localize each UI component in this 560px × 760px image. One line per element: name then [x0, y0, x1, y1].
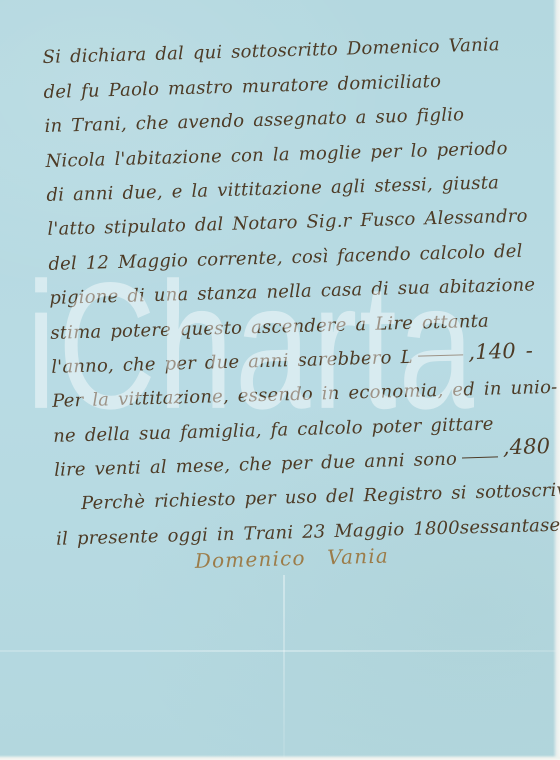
amount-value-rent: ,140 -: [468, 338, 533, 364]
manuscript-body: Si dichiara dal qui sottoscritto Domenic…: [42, 21, 539, 577]
manuscript-page: Si dichiara dal qui sottoscritto Domenic…: [0, 0, 560, 760]
scan-edge-bottom: [0, 755, 560, 760]
fold-crease-horizontal: [0, 650, 560, 652]
amount-value-board: ,480: [502, 434, 550, 459]
fold-crease-vertical: [283, 575, 285, 760]
dash-leader: [418, 355, 464, 357]
dash-leader: [462, 457, 498, 459]
